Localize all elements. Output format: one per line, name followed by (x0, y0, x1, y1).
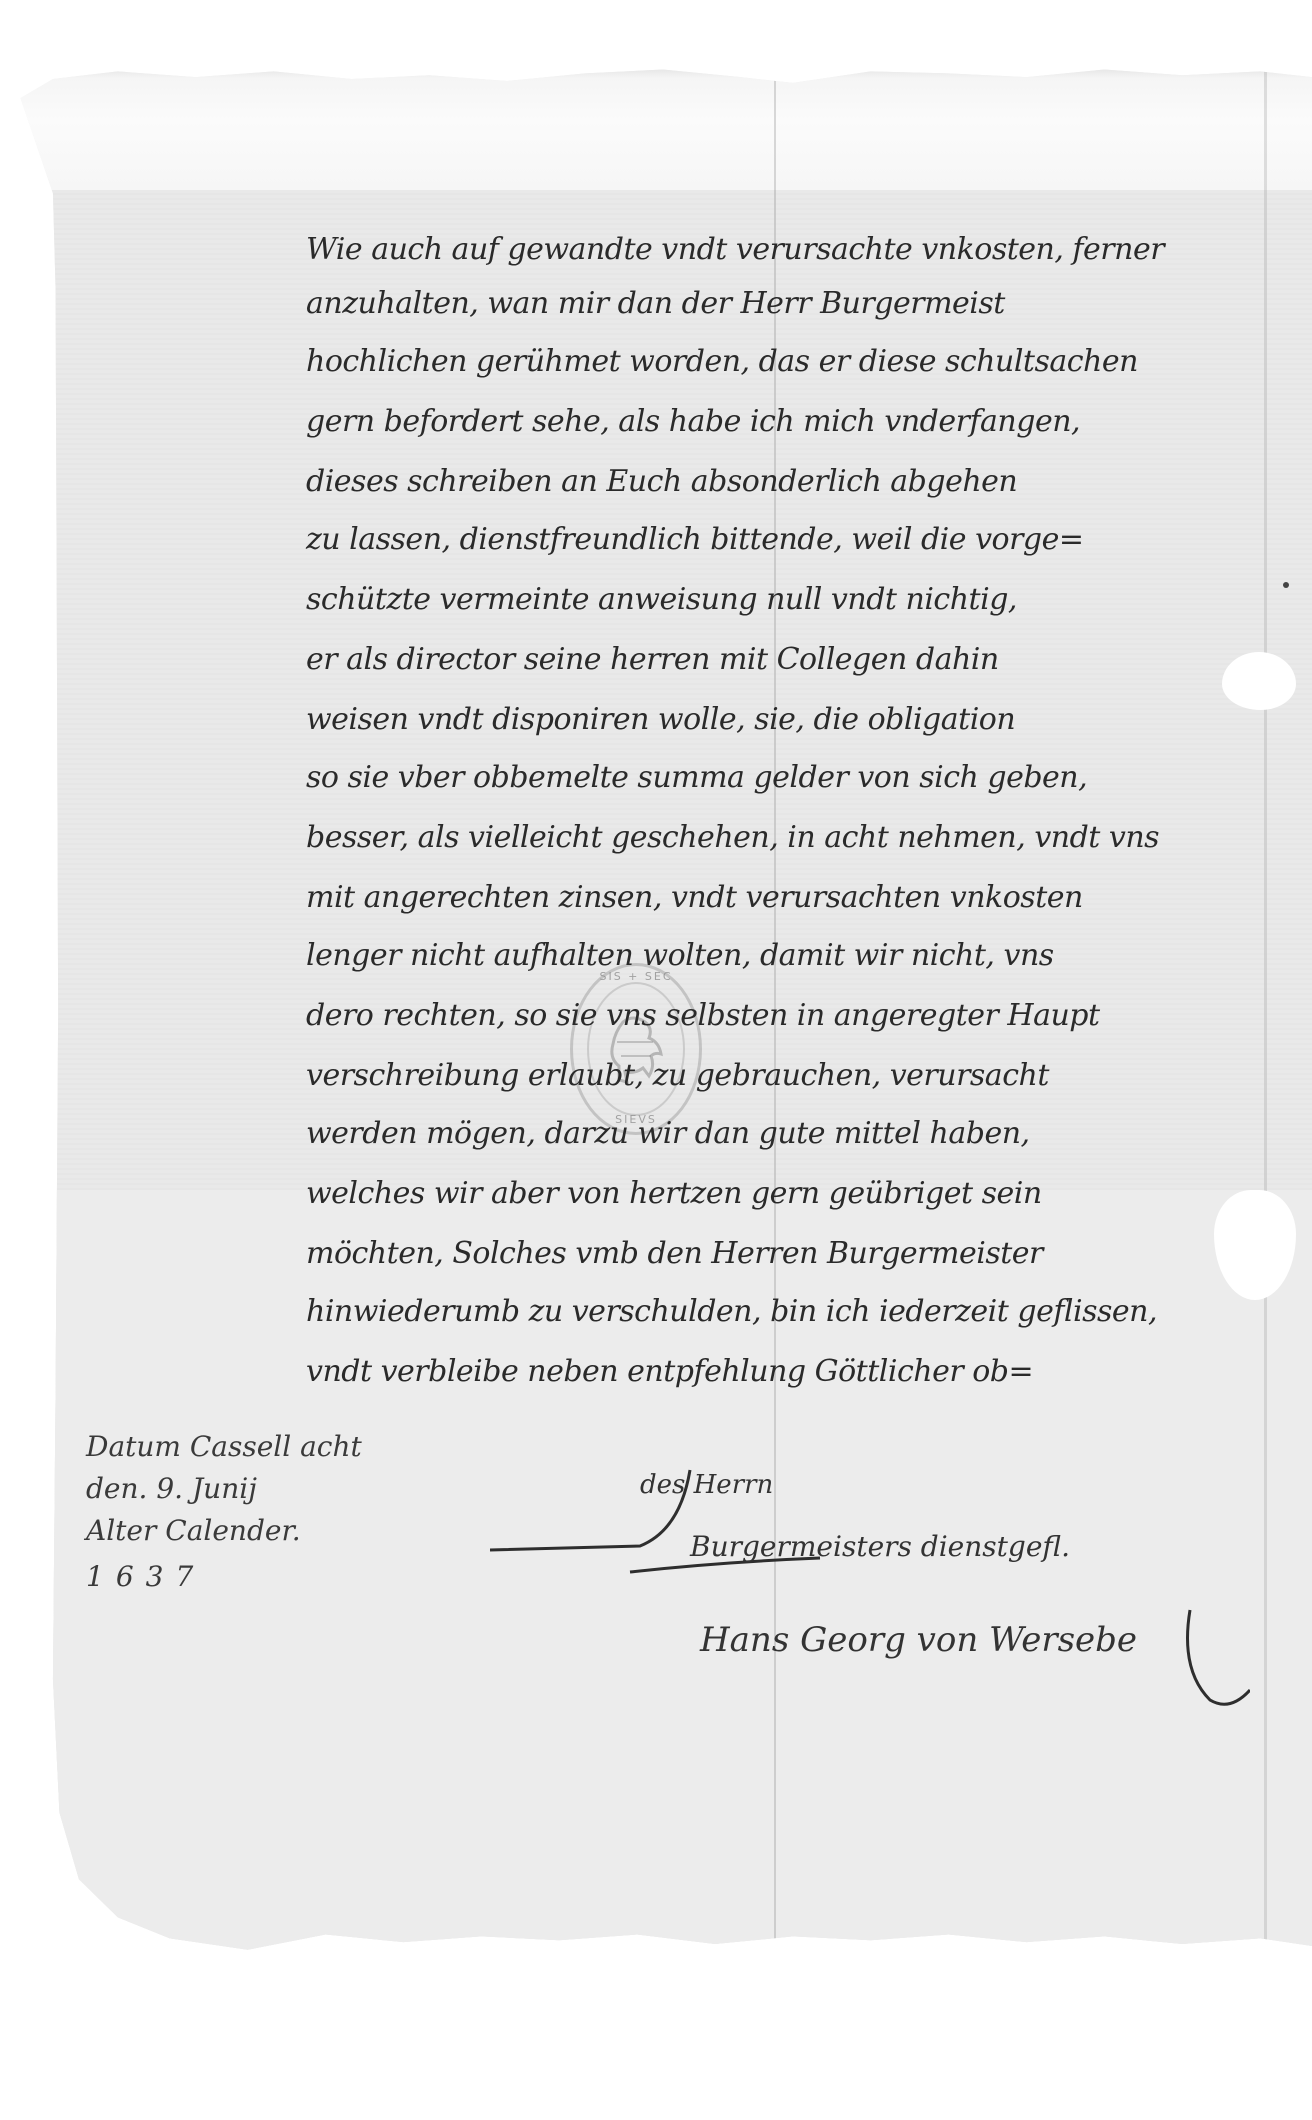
body-line-12: mit angerechten zinsen, vndt verursachte… (306, 880, 1083, 915)
punch-hole-upper (1222, 652, 1296, 710)
body-line-1: Wie auch auf gewandte vndt verursachte v… (306, 232, 1164, 267)
body-line-2: anzuhalten, wan mir dan der Herr Burgerm… (306, 286, 1005, 321)
dating-day: den. 9. Junij (86, 1472, 257, 1505)
ink-dot (1283, 582, 1289, 588)
fold-line-right (1264, 60, 1267, 1965)
body-line-15: verschreibung erlaubt, zu gebrauchen, ve… (306, 1058, 1049, 1093)
body-line-17: welches wir aber von hertzen gern geübri… (306, 1176, 1042, 1211)
body-line-18: möchten, Solches vmb den Herren Burgerme… (306, 1236, 1043, 1271)
body-line-3: hochlichen gerühmet worden, das er diese… (306, 344, 1138, 379)
archive-seal-stamp: SIS + SEC SIEVS (570, 963, 702, 1135)
body-line-4: gern befordert sehe, als habe ich mich v… (306, 404, 1080, 439)
body-line-14: dero rechten, so sie vns selbsten in ang… (306, 998, 1100, 1033)
body-line-16: werden mögen, darzu wir dan gute mittel … (306, 1116, 1030, 1151)
closing-salutation: des Herrn (640, 1470, 773, 1500)
dating-year: 1637 (86, 1560, 205, 1593)
body-line-5: dieses schreiben an Euch absonderlich ab… (306, 464, 1017, 499)
closing-title: Burgermeisters dienstgefl. (690, 1530, 1070, 1563)
body-line-6: zu lassen, dienstfreundlich bittende, we… (306, 522, 1084, 557)
body-line-11: besser, als vielleicht geschehen, in ach… (306, 820, 1159, 855)
closing-block: des Herrn Burgermeisters dienstgefl. Han… (490, 1450, 1250, 1750)
scanned-page: SIS + SEC SIEVS Wie auch auf gewandte vn… (0, 0, 1312, 2120)
dating-calendar: Alter Calender. (86, 1514, 301, 1547)
body-line-20: vndt verbleibe neben entpfehlung Göttlic… (306, 1354, 1033, 1389)
paper-top-strip (14, 60, 1312, 190)
body-line-19: hinwiederumb zu verschulden, bin ich ied… (306, 1294, 1157, 1329)
body-line-13: lenger nicht aufhalten wolten, damit wir… (306, 938, 1054, 973)
dating-place: Datum Cassell acht (86, 1430, 362, 1463)
body-line-9: weisen vndt disponiren wolle, sie, die o… (306, 702, 1015, 737)
body-line-10: so sie vber obbemelte summa gelder von s… (306, 760, 1087, 795)
body-line-8: er als director seine herren mit College… (306, 642, 999, 677)
body-line-7: schützte vermeinte anweisung null vndt n… (306, 582, 1017, 617)
pen-flourish-icon (490, 1450, 1250, 1750)
signature: Hans Georg von Wersebe (700, 1620, 1137, 1660)
